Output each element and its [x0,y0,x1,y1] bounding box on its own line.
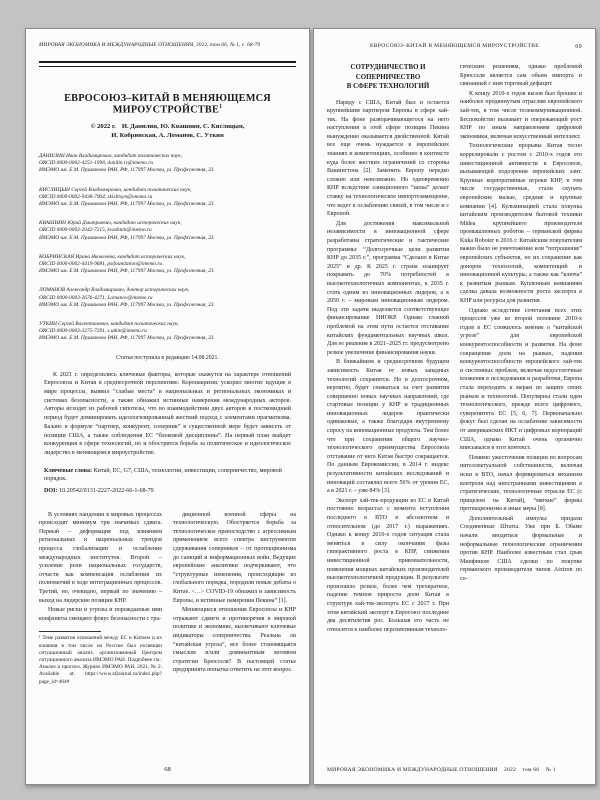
left-page-column-2: диционной военной сферы на технологическ… [173,511,296,739]
left-page-column-1: В условиях пандемии в мировых процессах … [39,511,162,739]
affiliation-institute: ИМЭМО им. Е.М. Примакова РАН, РФ, 117997… [39,235,296,242]
paragraph: Помимо ужесточения позиции по вопросам и… [460,454,582,514]
paragraph: Однако вследствие сочетания всех этих пр… [460,307,582,453]
right-page-column-1: СОТРУДНИЧЕСТВО И СОПЕРНИЧЕСТВО В СФЕРЕ Т… [327,63,449,705]
copyright-notice: © 2022 г. [91,123,116,130]
authors-block: © 2022 г.И. Данилин, Ю. Квашнин, С. Кисл… [39,122,296,140]
authors-line-2: И. Кобринская, А. Ломанов, С. Уткин [39,131,296,140]
paragraph: диционной военной сферы на технологическ… [173,511,296,606]
section-heading-line-1: СОТРУДНИЧЕСТВО И СОПЕРНИЧЕСТВО [331,63,445,82]
paragraph: Для достижения максимальной независимост… [327,220,449,358]
paragraph: Новые риски и угрозы и порождаемые ими к… [39,606,162,623]
journal-spread: МИРОВАЯ ЭКОНОМИКА И МЕЖДУНАРОДНЫЕ ОТНОШЕ… [0,0,600,800]
doi-line: DOI: 10.20542/0131-2227-2022-66-1-68-79 [44,488,291,494]
affiliation-kislitsyn: КИСЛИЦЫН Сергей Владимирович, кандидат п… [39,187,296,209]
affiliation-institute: ИМЭМО им. Е.М. Примакова РАН, РФ, 117997… [39,201,296,208]
title-footnote-mark: 1 [219,104,222,110]
running-head-text: ЕВРОСОЮЗ–КИТАЙ В МЕНЯЮЩЕМСЯ МИРОУСТРОЙСТ… [370,43,539,49]
paragraph: Наряду с США, Китай был и остается крупн… [327,99,449,219]
page-right: ЕВРОСОЮЗ–КИТАЙ В МЕНЯЮЩЕМСЯ МИРОУСТРОЙСТ… [313,28,596,785]
affiliation-institute: ИМЭМО им. Е.М. Примакова РАН, РФ, 117997… [39,302,296,309]
affiliation-institute: ИМЭМО им. Е.М. Примакова РАН, РФ, 117997… [39,268,296,275]
paragraph: В условиях пандемии в мировых процессах … [39,511,162,606]
page-number-69: 69 [575,43,582,50]
journal-header: МИРОВАЯ ЭКОНОМИКА И МЕЖДУНАРОДНЫЕ ОТНОШЕ… [39,42,296,48]
section-heading-line-2: В СФЕРЕ ТЕХНОЛОГИЙ [331,82,445,92]
affiliation-utkin: УТКИН Сергей Валентинович, кандидат поли… [39,321,296,343]
paragraph: Экспорт хай-тек-продукции из ЕС в Китай … [327,497,449,635]
doi-label: DOI: [44,488,58,494]
body-columns-left-page: В условиях пандемии в мировых процессах … [39,511,296,739]
article-title: ЕВРОСОЮЗ–КИТАЙ В МЕНЯЮЩЕМСЯ МИРОУСТРОЙСТ… [39,93,296,115]
body-columns-right-page: СОТРУДНИЧЕСТВО И СОПЕРНИЧЕСТВО В СФЕРЕ Т… [327,63,582,705]
paragraph: В ближайшем и среднесрочном будущем зави… [327,358,449,496]
header-rule [39,61,296,67]
page-number-68: 68 [26,766,309,773]
keywords-line: Ключевые слова: Китай, ЕС, G7, США, техн… [44,467,291,484]
affiliation-name: КОБРИНСКАЯ Ирина Яковлевна, кандидат ист… [39,254,296,261]
section-heading: СОТРУДНИЧЕСТВО И СОПЕРНИЧЕСТВО В СФЕРЕ Т… [331,63,445,92]
affiliation-danilin: ДАНИЛИН Иван Владимирович, кандидат поли… [39,153,296,175]
footnote-text: ¹ Теме развития отношений между ЕС и Кит… [39,635,162,685]
affiliation-name: КИСЛИЦЫН Сергей Владимирович, кандидат п… [39,187,296,194]
paragraph: К концу 2010-х годов вызов был брошен и … [460,90,582,142]
right-page-column-2: гическим решениям, однако проблемой Брюс… [460,63,582,705]
running-head: ЕВРОСОЮЗ–КИТАЙ В МЕНЯЮЩЕМСЯ МИРОУСТРОЙСТ… [327,43,582,49]
affiliation-name: ЛОМАНОВ Александр Владимирович, доктор и… [39,287,296,294]
affiliation-lomanov: ЛОМАНОВ Александр Владимирович, доктор и… [39,287,296,309]
paragraph: Меняющиеся отношения Евросоюза и КНР отр… [173,606,296,675]
keywords-label: Ключевые слова: [44,468,92,474]
affiliations: ДАНИЛИН Иван Владимирович, кандидат поли… [39,153,296,343]
paragraph: Дополнительный импульс придали Соединенн… [460,515,582,584]
affiliation-institute: ИМЭМО им. Е.М. Примакова РАН, РФ, 117997… [39,167,296,174]
received-date: Статья поступила в редакцию 14.08.2021. [39,355,296,361]
affiliation-institute: ИМЭМО им. Е.М. Примакова РАН, РФ, 117997… [39,335,296,342]
authors-line-1: © 2022 г.И. Данилин, Ю. Квашнин, С. Кисл… [39,122,296,131]
affiliation-kvashnin: КВАШНИН Юрий Дмитриевич, кандидат истори… [39,220,296,242]
running-footer: МИРОВАЯ ЭКОНОМИКА И МЕЖДУНАРОДНЫЕ ОТНОШЕ… [327,767,582,773]
affiliation-orcid: ORCID 0000-0003-2676-4271, Lomanov@imemo… [39,295,296,302]
affiliation-kobrinskaya: КОБРИНСКАЯ Ирина Яковлевна, кандидат ист… [39,254,296,276]
abstract-text: К 2021 г. определились ключевые факторы,… [44,371,291,458]
article-title-text: ЕВРОСОЮЗ–КИТАЙ В МЕНЯЮЩЕМСЯ МИРОУСТРОЙСТ… [64,93,271,115]
doi-value: 10.20542/0131-2227-2022-66-1-68-79 [58,488,154,494]
authors-names-1: И. Данилин, Ю. Квашнин, С. Кислицын, [122,123,245,130]
page-left: МИРОВАЯ ЭКОНОМИКА И МЕЖДУНАРОДНЫЕ ОТНОШЕ… [25,28,310,785]
affiliation-name: УТКИН Сергей Валентинович, кандидат поли… [39,321,296,328]
paragraph: Технологические прорывы Китая тесно корр… [460,142,582,305]
paragraph-continuation: гическим решениям, однако проблемой Брюс… [460,63,582,89]
affiliation-orcid: ORCID 0000-0002-9438-7964, skislitsyn@im… [39,194,296,201]
footnote-separator [39,631,101,632]
affiliation-orcid: ORCID 0000-0003-2042-7215, kvashnin@imem… [39,227,296,234]
